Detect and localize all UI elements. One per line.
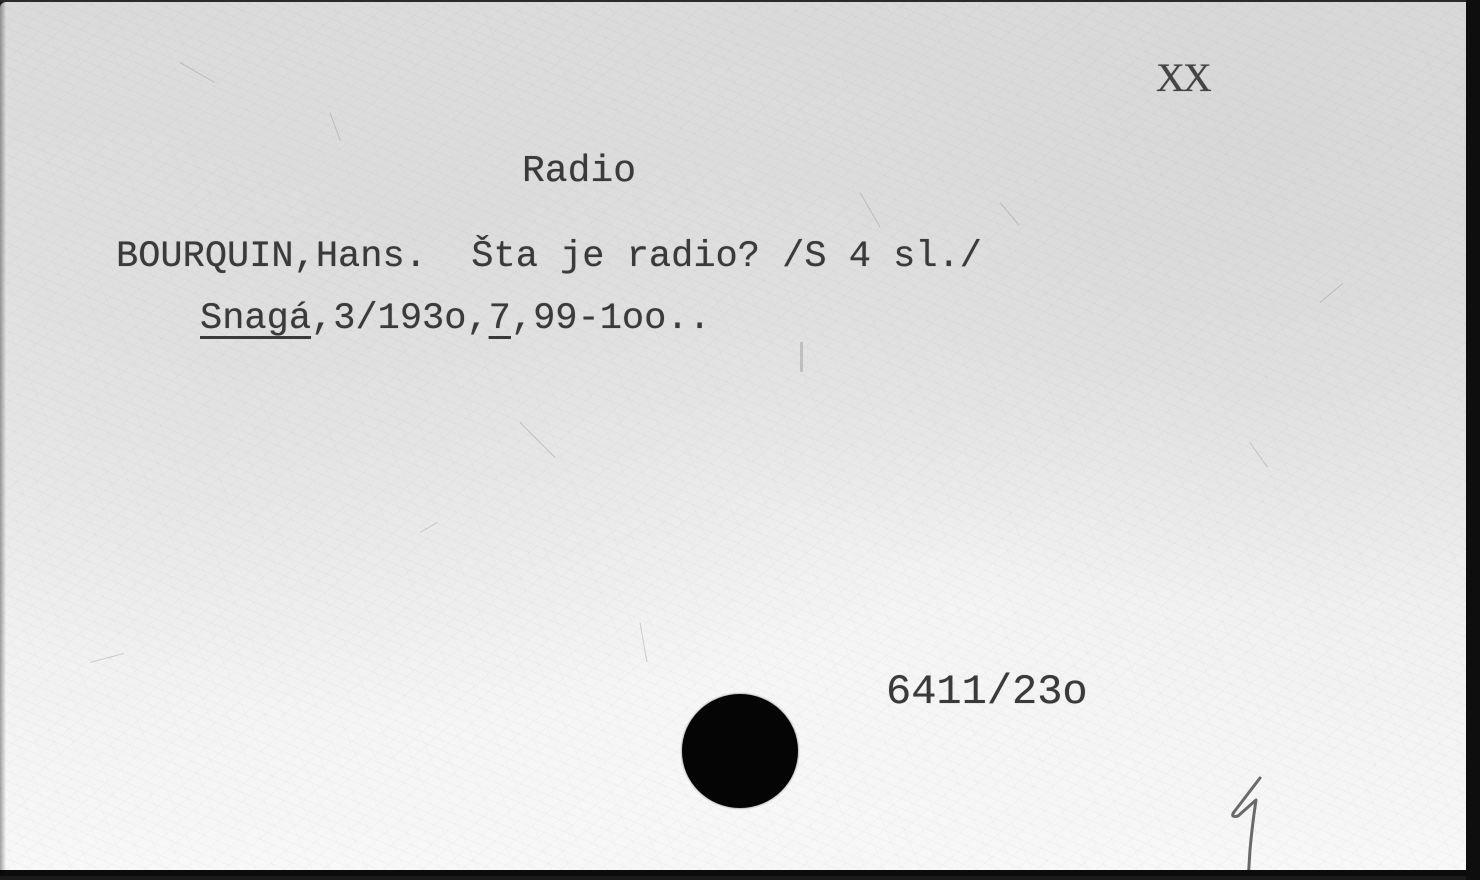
scan-border-right <box>1466 0 1480 880</box>
punch-hole <box>682 694 798 808</box>
entry-line-1: BOURQUIN,Hans. Šta je radio? /S 4 sl./ <box>116 236 982 278</box>
handwritten-mark-icon <box>1222 772 1282 876</box>
page-range: ,99-1oo. <box>511 298 689 340</box>
entry-line-2: Snagá,3/193o,7,99-1oo.. <box>200 298 711 340</box>
paper-fiber <box>1000 202 1020 226</box>
paper-fiber <box>330 112 341 141</box>
section-number: XX <box>1156 54 1210 101</box>
paper-fiber <box>420 522 438 533</box>
volume-number: 7 <box>489 298 511 340</box>
paper-fiber <box>180 62 215 83</box>
paper-fiber <box>90 653 124 663</box>
paper-fiber <box>520 422 556 458</box>
paper-fiber <box>1250 442 1268 467</box>
subject-heading: Radio <box>522 150 636 193</box>
collation-note: /S 4 sl./ <box>782 236 982 278</box>
author-name: BOURQUIN,Hans. <box>116 236 427 278</box>
source-journal: Snagá <box>200 298 311 340</box>
trailing-mark: . <box>689 298 711 340</box>
paper-fiber <box>1320 283 1344 303</box>
issue-date: ,3/193o, <box>311 298 489 340</box>
article-title: Šta je radio? <box>471 236 760 278</box>
paper-fiber <box>800 342 803 372</box>
catalog-card: XX Radio BOURQUIN,Hans. Šta je radio? /S… <box>0 2 1466 876</box>
call-number: 6411/23o <box>886 668 1088 716</box>
scan-border-bottom <box>0 870 1466 876</box>
paper-fiber <box>640 622 648 662</box>
paper-fiber <box>860 192 881 227</box>
